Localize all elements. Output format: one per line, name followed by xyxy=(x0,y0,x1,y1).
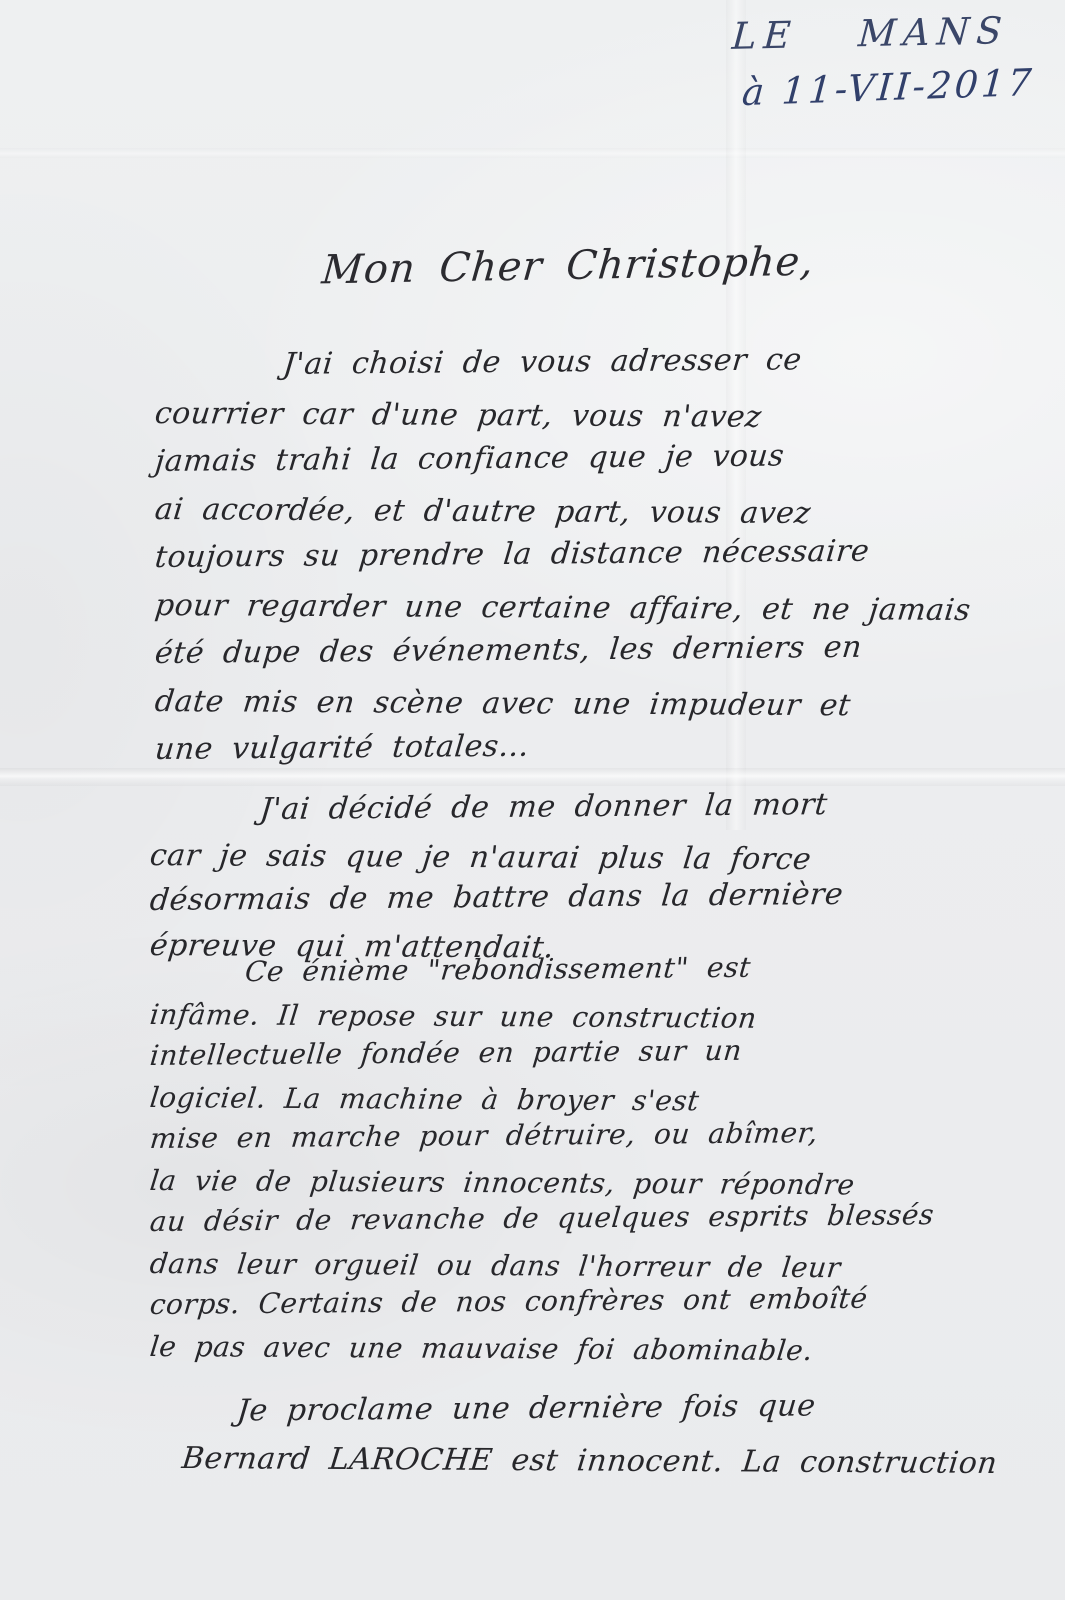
letter-paragraph-2: J'ai décidé de me donner la mortcar je s… xyxy=(150,788,1030,968)
handwritten-line: Bernard LAROCHE est innocent. La constru… xyxy=(179,1435,1064,1487)
letter-paragraph-3: Ce énième "rebondissement" estinfâme. Il… xyxy=(150,952,1030,1367)
handwritten-line: toujours su prendre la distance nécessai… xyxy=(153,526,1038,582)
handwritten-line: Je proclame une dernière fois que xyxy=(180,1380,1065,1435)
handwritten-line: jamais trahi la confiance que je vous xyxy=(153,430,1038,486)
handwritten-line: J'ai choisi de vous adresser ce xyxy=(153,334,1038,390)
handwritten-line: une vulgarité totales… xyxy=(153,718,1038,774)
handwritten-line: corps. Certains de nos confrères ont emb… xyxy=(148,1276,1033,1325)
handwritten-line: au désir de revanche de quelques esprits… xyxy=(148,1193,1033,1242)
handwritten-line: le pas avec une mauvaise foi abominable. xyxy=(148,1326,1032,1373)
letter-paragraph-1: J'ai choisi de vous adresser cecourrier … xyxy=(155,342,1035,774)
letter-paragraph-4: Je proclame une dernière fois queBernard… xyxy=(182,1388,1062,1482)
handwritten-line: J'ai décidé de me donner la mort xyxy=(148,780,1033,833)
handwritten-line: Ce énième "rebondissement" est xyxy=(148,944,1033,993)
handwritten-line: été dupe des événements, les derniers en xyxy=(153,622,1038,678)
fold-crease-horizontal-top xyxy=(0,148,1065,158)
letter-salutation: Mon Cher Christophe, xyxy=(320,239,816,294)
handwritten-line: mise en marche pour détruire, ou abîmer, xyxy=(148,1110,1033,1159)
letter-page: LE MANS à 11-VII-2017 Mon Cher Christoph… xyxy=(0,0,1065,1600)
handwritten-line: intellectuelle fondée en partie sur un xyxy=(148,1027,1033,1076)
letter-place: LE MANS xyxy=(731,9,1010,58)
handwritten-line: désormais de me battre dans la dernière xyxy=(148,870,1033,923)
letter-date: à 11-VII-2017 xyxy=(741,61,1036,114)
